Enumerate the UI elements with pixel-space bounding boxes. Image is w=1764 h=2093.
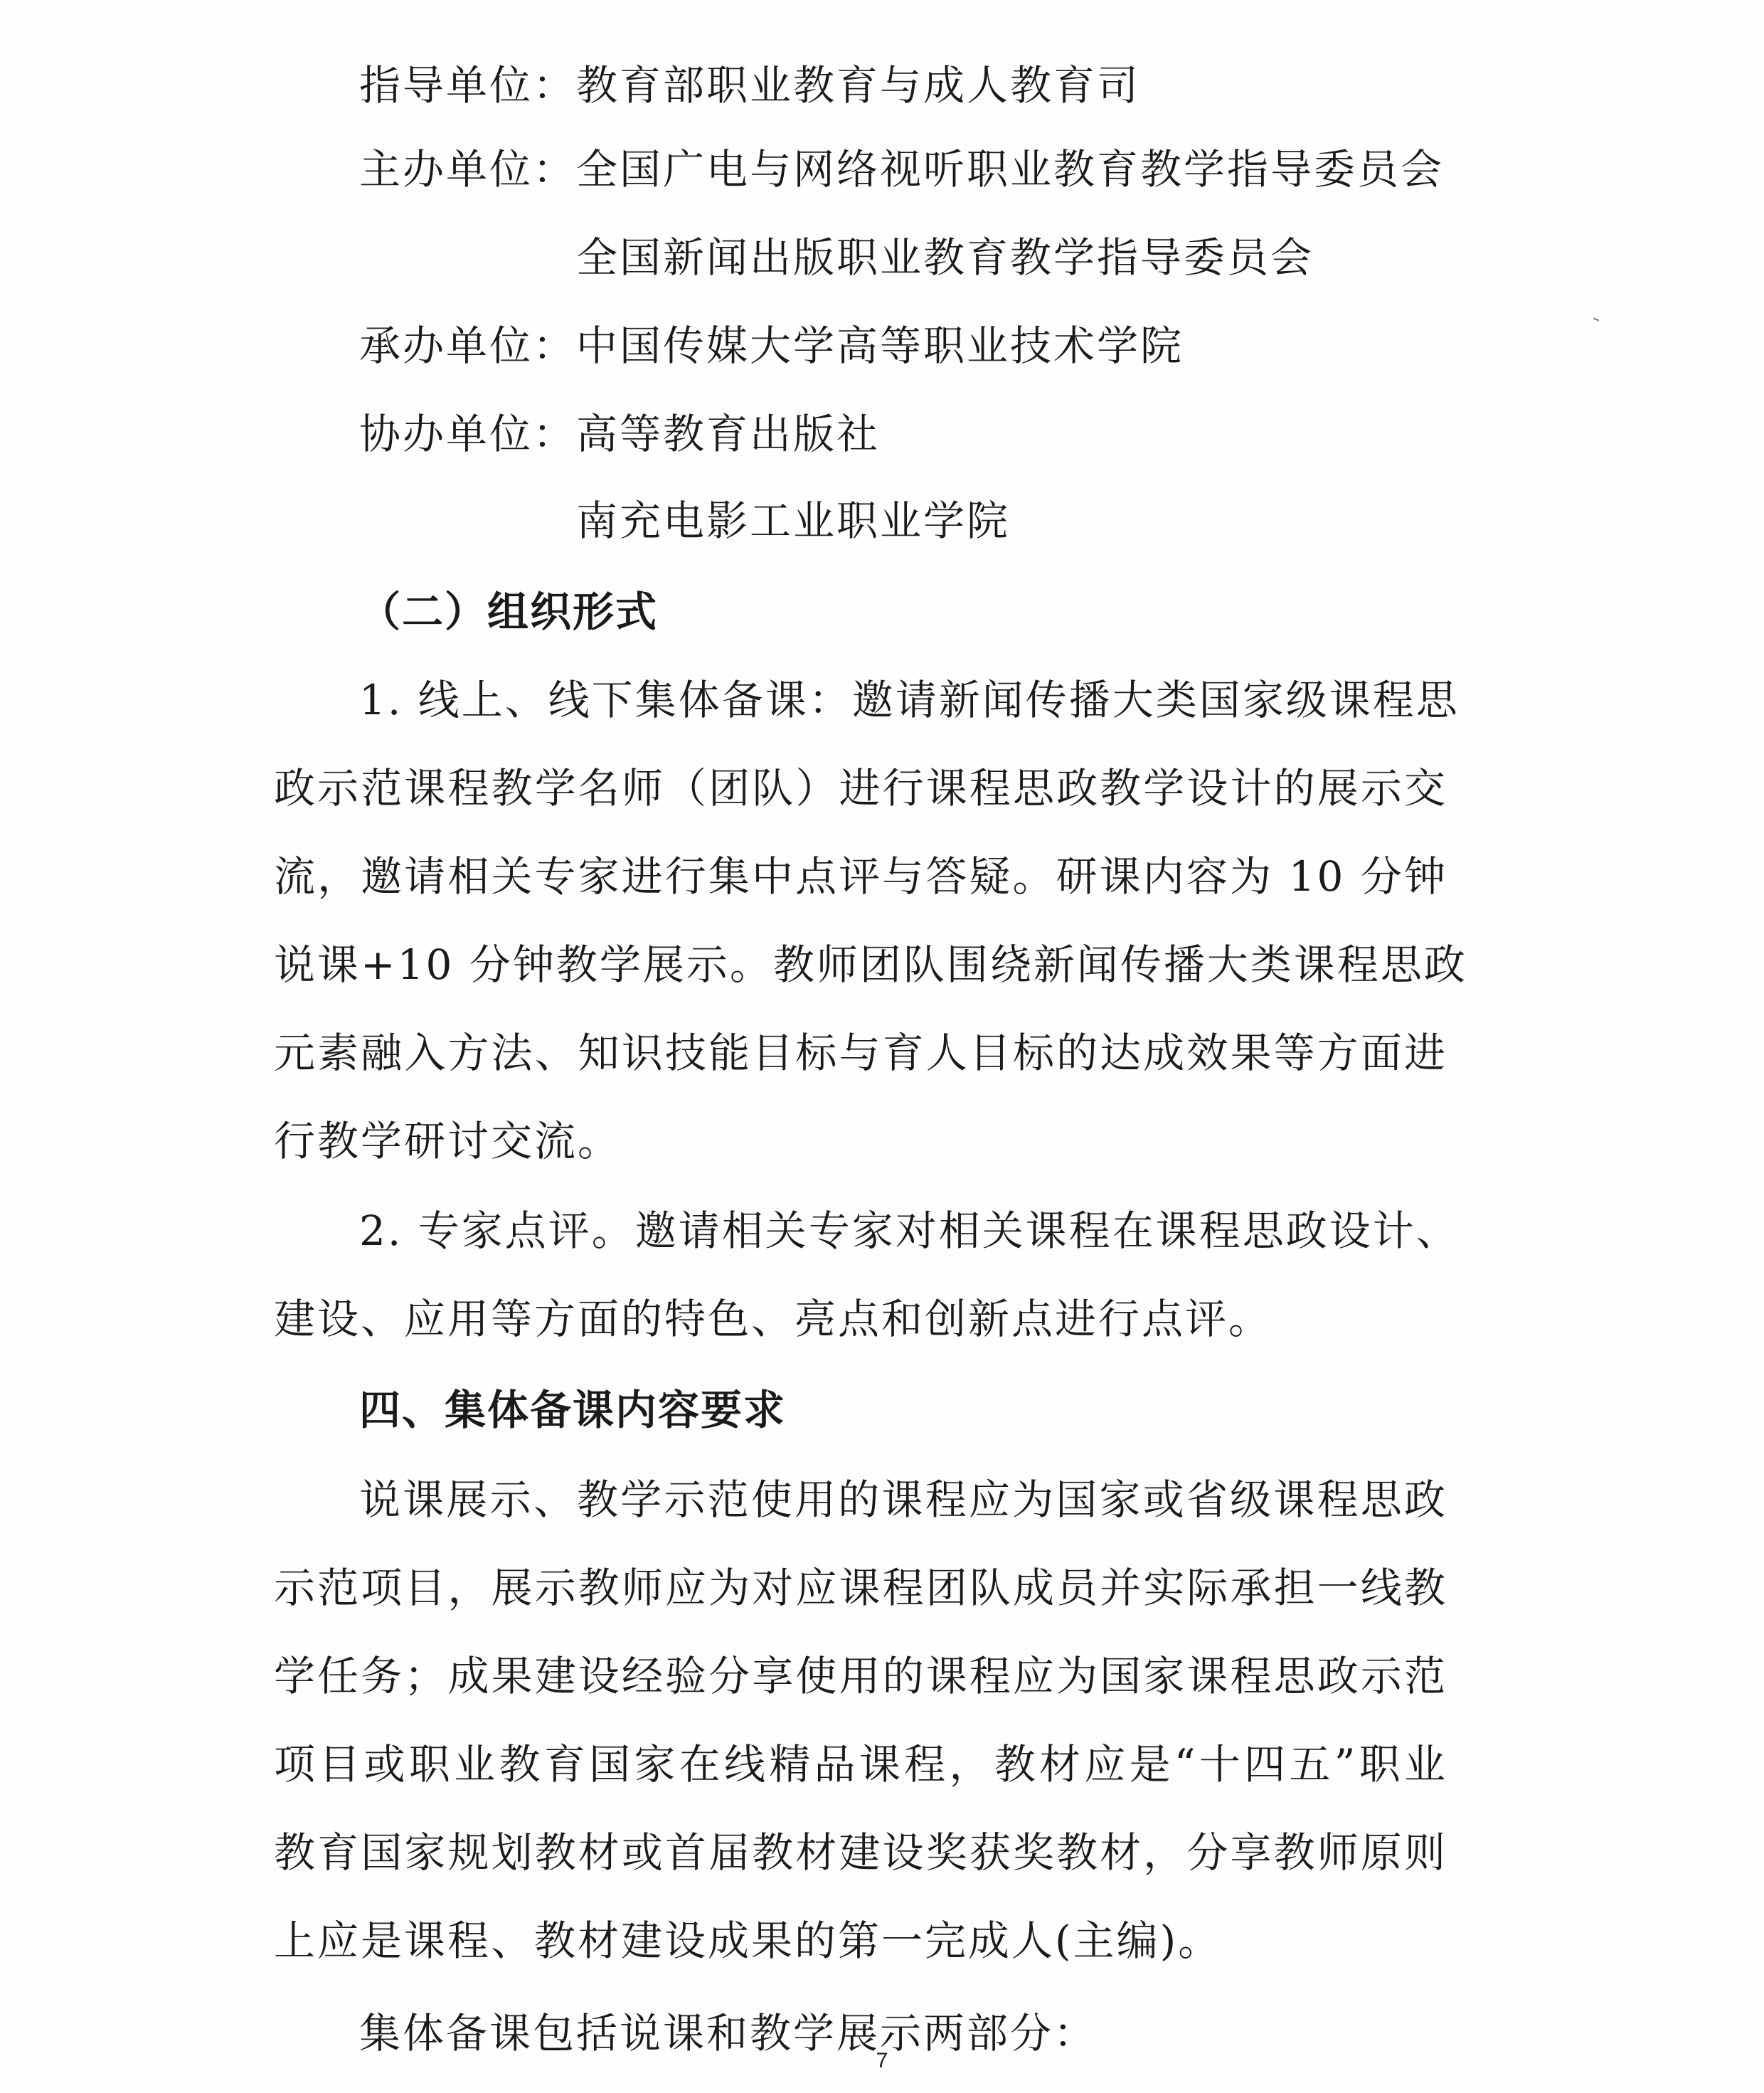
host-unit-line-2: 全国新闻出版职业教育教学指导委员会 bbox=[576, 229, 1750, 286]
paragraph-line: 学任务；成果建设经验分享使用的课程应为国家课程思政示范 bbox=[274, 1648, 1447, 1705]
paragraph-line: 建设、应用等方面的特色、亮点和创新点进行点评。 bbox=[274, 1291, 1447, 1347]
host-unit-line: 主办单位：全国广电与网络视听职业教育教学指导委员会 bbox=[359, 141, 1533, 198]
paragraph-line: 说课+10 分钟教学展示。教师团队围绕新闻传播大类课程思政 bbox=[274, 936, 1447, 993]
undertaking-unit-line: 承办单位：中国传媒大学高等职业技术学院 bbox=[359, 317, 1533, 374]
paragraph-line: 元素融入方法、知识技能目标与育人目标的达成效果等方面进 bbox=[274, 1024, 1447, 1081]
host-unit-label: 主办单位： bbox=[359, 145, 576, 194]
guiding-unit-label: 指导单位： bbox=[359, 61, 576, 110]
undertaking-unit-label: 承办单位： bbox=[359, 322, 576, 370]
host-unit-value-1: 全国广电与网络视听职业教育教学指导委员会 bbox=[576, 145, 1444, 194]
paragraph-line: 教育国家规划教材或首届教材建设奖获奖教材，分享教师原则 bbox=[274, 1824, 1447, 1881]
undertaking-unit-value: 中国传媒大学高等职业技术学院 bbox=[576, 322, 1184, 370]
scan-speck bbox=[1593, 317, 1599, 321]
co-organizer-line: 协办单位：高等教育出版社 bbox=[359, 406, 1533, 462]
co-organizer-label: 协办单位： bbox=[359, 410, 576, 458]
co-organizer-value-1: 高等教育出版社 bbox=[576, 410, 880, 458]
co-organizer-line-2: 南充电影工业职业学院 bbox=[576, 492, 1750, 549]
host-unit-value-2: 全国新闻出版职业教育教学指导委员会 bbox=[576, 233, 1314, 282]
page-number: 7 bbox=[0, 2049, 1764, 2073]
paragraph-line: 上应是课程、教材建设成果的第一完成人(主编)。 bbox=[274, 1912, 1447, 1969]
paragraph-line: 项目或职业教育国家在线精品课程，教材应是“十四五”职业 bbox=[274, 1736, 1447, 1793]
guiding-unit-line: 指导单位：教育部职业教育与成人教育司 bbox=[359, 57, 1533, 114]
paragraph-line: 说课展示、教学示范使用的课程应为国家或省级课程思政 bbox=[359, 1471, 1447, 1528]
document-page: 指导单位：教育部职业教育与成人教育司 主办单位：全国广电与网络视听职业教育教学指… bbox=[0, 0, 1764, 2093]
paragraph-line: 行教学研讨交流。 bbox=[274, 1113, 1447, 1170]
section-heading-requirements: 四、集体备课内容要求 bbox=[359, 1382, 1533, 1438]
paragraph-line: 2. 专家点评。邀请相关专家对相关课程在课程思政设计、 bbox=[359, 1202, 1447, 1259]
paragraph-line: 1. 线上、线下集体备课：邀请新闻传播大类国家级课程思 bbox=[359, 672, 1447, 728]
section-heading-org-form: （二）组织形式 bbox=[359, 583, 1533, 640]
paragraph-line: 流，邀请相关专家进行集中点评与答疑。研课内容为 10 分钟 bbox=[274, 848, 1447, 905]
co-organizer-value-2: 南充电影工业职业学院 bbox=[576, 497, 1010, 545]
guiding-unit-value: 教育部职业教育与成人教育司 bbox=[576, 61, 1140, 110]
paragraph-line: 政示范课程教学名师（团队）进行课程思政教学设计的展示交 bbox=[274, 760, 1447, 817]
paragraph-line: 示范项目，展示教师应为对应课程团队成员并实际承担一线教 bbox=[274, 1559, 1447, 1616]
